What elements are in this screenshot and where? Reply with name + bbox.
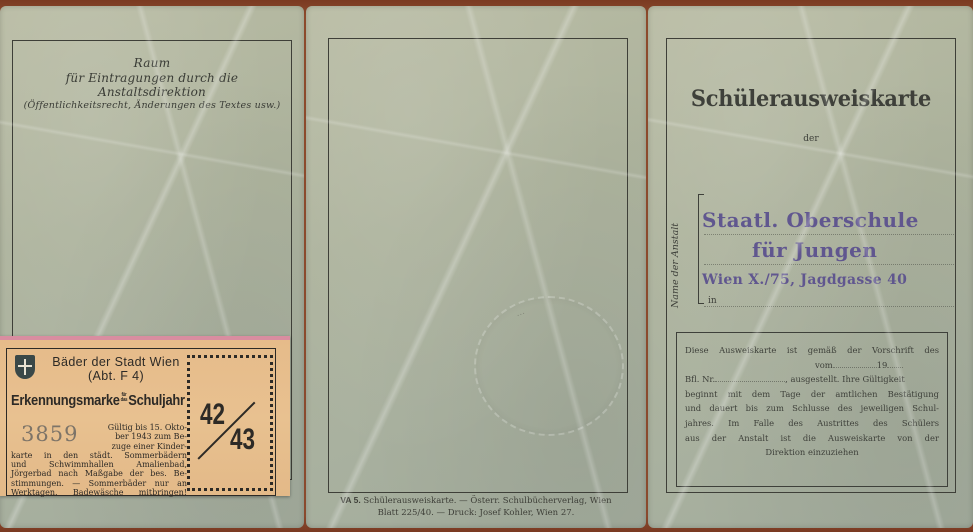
validity-notice: Diese Ausweiskarte ist gemäß der Vorschr… bbox=[685, 343, 939, 460]
validity-line: aus der Anstalt ist die Ausweiskarte von… bbox=[685, 431, 939, 446]
form-code: VA 5. bbox=[340, 495, 360, 505]
issuer-line-1: Bäder der Stadt Wien bbox=[41, 355, 191, 369]
bath-stamp-border: Bäder der Stadt Wien (Abt. F 4) Erkennun… bbox=[6, 348, 276, 496]
in-label: in bbox=[708, 296, 717, 306]
imprint-line-1: Schülerausweiskarte. — Österr. Schulbüch… bbox=[363, 496, 611, 506]
bfl-nr-label: Bfl. Nr. bbox=[685, 374, 715, 384]
dotted-line bbox=[704, 306, 954, 307]
school-stamp-line-3: Wien X./75, Jagdgasse 40 bbox=[702, 272, 907, 288]
heading-line-1: Raum bbox=[12, 56, 292, 70]
condition-line: Jörgerbad nach Maßgabe der bes. Be- bbox=[11, 469, 187, 478]
school-year-box: 42 43 bbox=[187, 355, 273, 491]
issuer-line-2: (Abt. F 4) bbox=[41, 369, 191, 383]
school-year-start: 42 bbox=[200, 398, 225, 432]
heading-line-3: (Öffentlichkeitsrecht, Änderungen des Te… bbox=[12, 100, 292, 111]
printer-imprint: VA 5. Schülerausweiskarte. — Österr. Sch… bbox=[306, 494, 646, 519]
school-stamp-line-2: für Jungen bbox=[752, 238, 877, 262]
middle-panel: ... VA 5. Schülerausweiskarte. — Österr.… bbox=[306, 6, 646, 528]
validity-notice-box: Diese Ausweiskarte ist gemäß der Vorschr… bbox=[676, 332, 948, 487]
condition-line: Werktagen. Badewäsche mitbringen! bbox=[11, 488, 187, 497]
directorate-entries-heading: Raum für Eintragungen durch die Anstalts… bbox=[12, 56, 292, 111]
validity-line: Diese Ausweiskarte ist gemäß der Vorschr… bbox=[685, 343, 939, 358]
dotted-line bbox=[704, 264, 954, 265]
card-subtitle: der bbox=[666, 134, 956, 144]
condition-line: und Schwimmhallen Amalienbad, bbox=[11, 460, 187, 469]
serial-number: 3859 bbox=[21, 422, 78, 446]
validity-line: Direktion einzuziehen bbox=[685, 445, 939, 460]
vom-label: vom bbox=[815, 360, 833, 370]
year-blank bbox=[887, 367, 903, 368]
bath-stamp-title: ErkennungsmarkefürdasSchuljahr bbox=[11, 392, 185, 409]
embossed-seal: ... bbox=[474, 296, 624, 436]
validity-line: beginnt mit dem Tage der amtlichen Bestä… bbox=[685, 387, 939, 402]
condition-line: karte in den städt. Sommerbädern bbox=[11, 451, 187, 460]
number-blank bbox=[715, 381, 785, 382]
school-year-end: 43 bbox=[230, 423, 255, 457]
title-right: Schuljahr bbox=[128, 392, 184, 409]
institution-name-label: Name der Anstalt bbox=[670, 223, 681, 308]
date-blank bbox=[833, 367, 877, 368]
validity-line: und dauert bis zum Schlusse des jeweilig… bbox=[685, 401, 939, 416]
bath-stamp-issuer: Bäder der Stadt Wien (Abt. F 4) bbox=[41, 355, 191, 383]
validity-line: jahres. Im Falle des Austrittes des Schü… bbox=[685, 416, 939, 431]
condition-line: stimmungen. — Sommerbäder nur an bbox=[11, 479, 187, 488]
dotted-line bbox=[704, 234, 954, 235]
year-prefix: 19 bbox=[877, 360, 888, 370]
heading-line-2: für Eintragungen durch die Anstaltsdirek… bbox=[12, 71, 292, 99]
school-stamp-line-1: Staatl. Oberschule bbox=[702, 208, 919, 232]
title-left: Erkennungsmarke bbox=[11, 392, 120, 409]
issued-text: , ausgestellt. Ihre Gültigkeit bbox=[785, 374, 905, 384]
bath-recognition-stamp: Bäder der Stadt Wien (Abt. F 4) Erkennun… bbox=[0, 336, 290, 496]
card-title: Schülerausweiskarte bbox=[673, 86, 949, 112]
validity-line: vom19 bbox=[685, 358, 939, 373]
vienna-coat-of-arms-icon bbox=[15, 355, 35, 379]
imprint-line-2: Blatt 225/40. — Druck: Josef Kohler, Wie… bbox=[306, 507, 646, 519]
seal-text: ... bbox=[515, 307, 526, 319]
right-panel: Schülerausweiskarte der Name der Anstalt… bbox=[648, 6, 973, 528]
validity-line: Bfl. Nr., ausgestellt. Ihre Gültigkeit bbox=[685, 372, 939, 387]
title-small-bottom: das bbox=[121, 397, 128, 403]
